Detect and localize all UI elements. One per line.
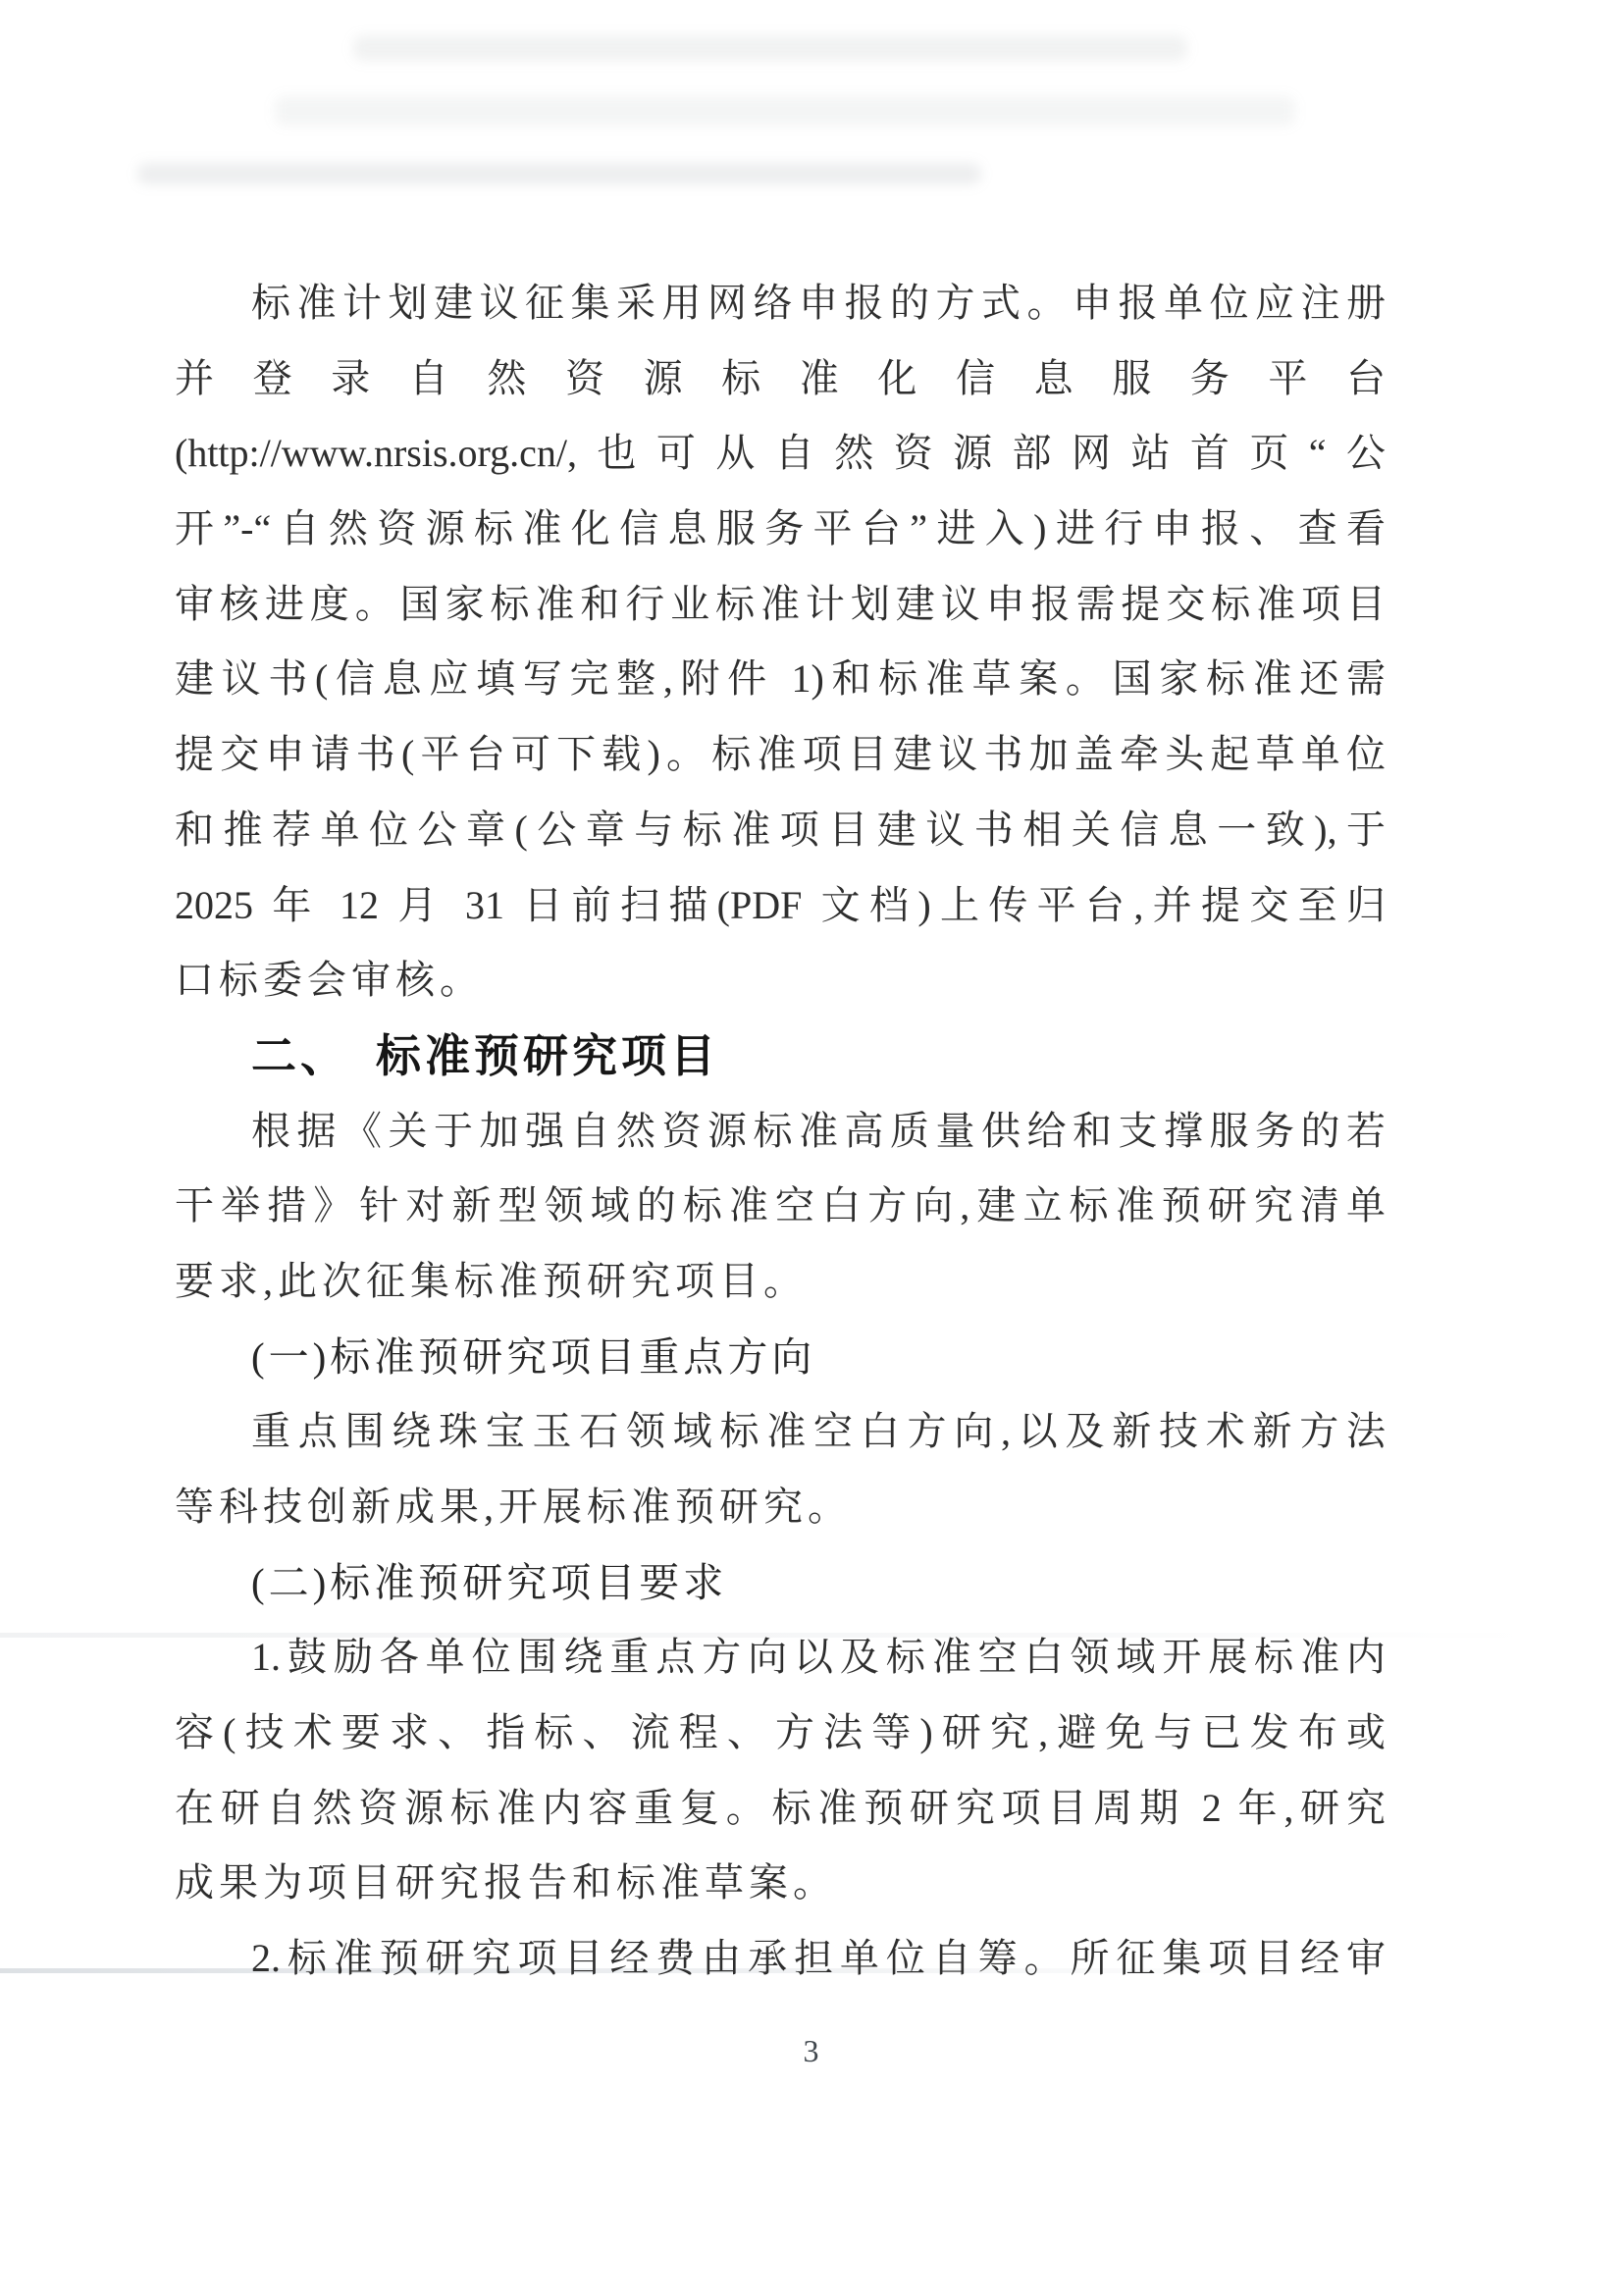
text-line: 1.鼓励各单位围绕重点方向以及标准空白领域开展标准内: [175, 1620, 1386, 1696]
text-line: 审核进度。国家标准和行业标准计划建议申报需提交标准项目: [175, 567, 1386, 643]
section-heading-2: 二、 标准预研究项目: [175, 1018, 1386, 1094]
text-line: 等科技创新成果,开展标准预研究。: [175, 1470, 1386, 1545]
document-page: 标准计划建议征集采用网络申报的方式。申报单位应注册并登录自然资源标准化信息服务平…: [0, 0, 1623, 2296]
scan-ghosting: [353, 35, 1187, 61]
text-line-url: (http://www.nrsis.org.cn/,也可从自然资源部网站首页“公: [175, 416, 1386, 492]
text-line: 干举措》针对新型领域的标准空白方向,建立标准预研究清单: [175, 1169, 1386, 1244]
subsection-heading-2: (二)标准预研究项目要求: [175, 1545, 1386, 1621]
text-line: 并登录自然资源标准化信息服务平台: [175, 341, 1386, 417]
subsection-heading-1: (一)标准预研究项目重点方向: [175, 1320, 1386, 1395]
text-line: 提交申请书(平台可下载)。标准项目建议书加盖牵头起草单位: [175, 717, 1386, 793]
document-body: 标准计划建议征集采用网络申报的方式。申报单位应注册并登录自然资源标准化信息服务平…: [175, 266, 1386, 1997]
page-number: 3: [0, 2033, 1623, 2069]
text-line: 口标委会审核。: [175, 943, 1386, 1018]
text-line: 容(技术要求、指标、流程、方法等)研究,避免与已发布或: [175, 1696, 1386, 1771]
text-line: 和推荐单位公章(公章与标准项目建议书相关信息一致),于: [175, 793, 1386, 868]
text-line: 开”-“自然资源标准化信息服务平台”进入)进行申报、查看: [175, 492, 1386, 567]
text-line: 根据《关于加强自然资源标准高质量供给和支撑服务的若: [175, 1094, 1386, 1170]
text-line: 建议书(信息应填写完整,附件 1)和标准草案。国家标准还需: [175, 642, 1386, 717]
scan-ghosting: [275, 96, 1295, 126]
scan-ghosting: [137, 163, 981, 184]
text-line: 在研自然资源标准内容重复。标准预研究项目周期 2 年,研究: [175, 1771, 1386, 1847]
text-line: 要求,此次征集标准预研究项目。: [175, 1244, 1386, 1320]
text-line: 2025 年 12 月 31 日前扫描(PDF 文档)上传平台,并提交至归: [175, 868, 1386, 944]
text-line: 标准计划建议征集采用网络申报的方式。申报单位应注册: [175, 266, 1386, 341]
text-line: 2.标准预研究项目经费由承担单位自筹。所征集项目经审: [175, 1921, 1386, 1997]
text-line: 重点围绕珠宝玉石领域标准空白方向,以及新技术新方法: [175, 1394, 1386, 1470]
text-line: 成果为项目研究报告和标准草案。: [175, 1846, 1386, 1921]
